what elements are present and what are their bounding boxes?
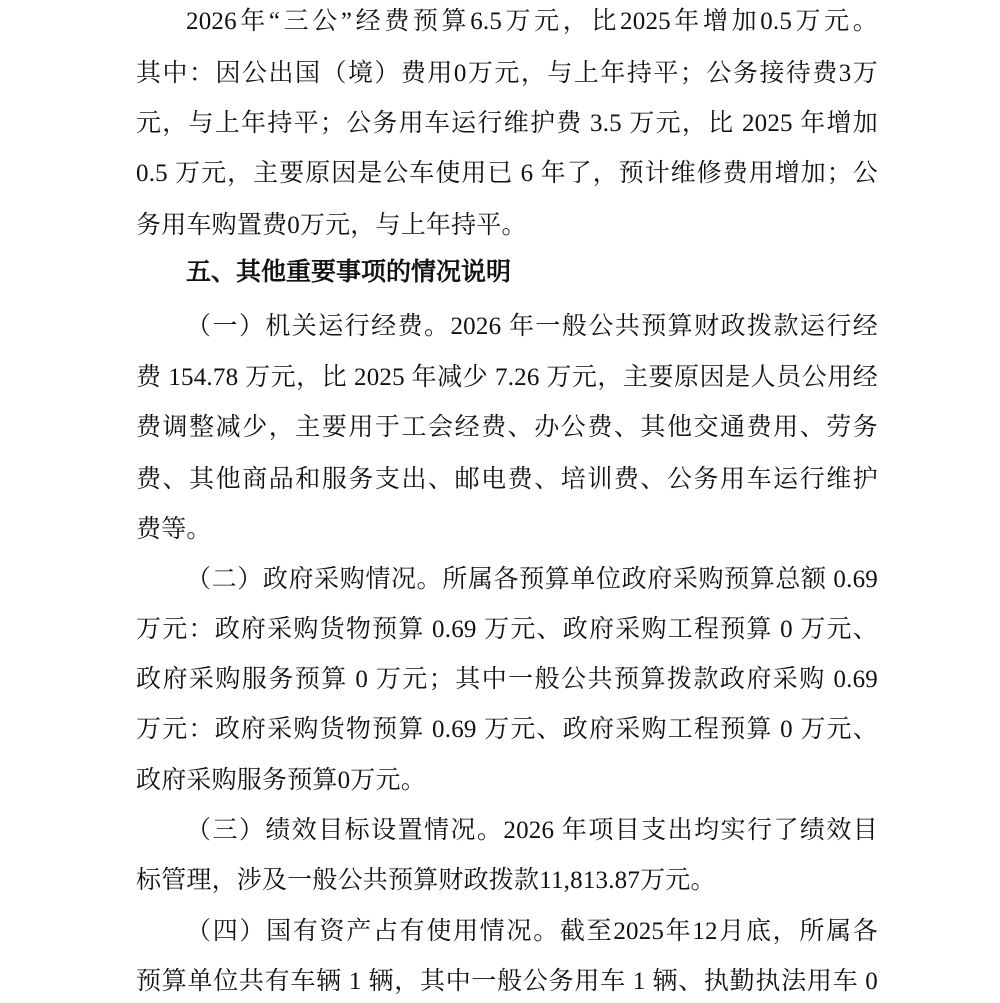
paragraph-line: （三）绩效目标设置情况。2026 年项目支出均实行了绩效目 xyxy=(186,816,878,846)
paragraph-line: 预算单位共有车辆 1 辆，其中一般公务用车 1 辆、执勤执法用车 0 xyxy=(136,967,878,997)
paragraph-line: 费、其他商品和服务支出、邮电费、培训费、公务用车运行维护 xyxy=(136,465,878,495)
paragraph-line: 费 154.78 万元，比 2025 年减少 7.26 万元，主要原因是人员公用… xyxy=(136,363,878,393)
paragraph-line: 标管理，涉及一般公共预算财政拨款11,813.87万元。 xyxy=(136,866,878,896)
paragraph-line: 万元：政府采购货物预算 0.69 万元、政府采购工程预算 0 万元、 xyxy=(136,615,878,645)
paragraph-line: 费等。 xyxy=(136,515,878,545)
paragraph-line: 万元：政府采购货物预算 0.69 万元、政府采购工程预算 0 万元、 xyxy=(136,715,878,745)
paragraph-line: 费调整减少，主要用于工会经费、办公费、其他交通费用、劳务 xyxy=(136,413,878,443)
paragraph-line: 政府采购服务预算0万元。 xyxy=(136,766,878,796)
paragraph-line: （一）机关运行经费。2026 年一般公共预算财政拨款运行经 xyxy=(186,312,878,342)
paragraph-line: 政府采购服务预算 0 万元；其中一般公共预算拨款政府采购 0.69 xyxy=(136,665,878,695)
paragraph-line: 其中：因公出国（境）费用0万元，与上年持平；公务接待费3万 xyxy=(136,59,878,89)
paragraph-line: 2026年“三公”经费预算6.5万元，比2025年增加0.5万元。 xyxy=(186,7,878,37)
section-heading: 五、其他重要事项的情况说明 xyxy=(186,257,511,287)
paragraph-line: （二）政府采购情况。所属各预算单位政府采购预算总额 0.69 xyxy=(186,565,878,595)
paragraph-line: 元，与上年持平；公务用车运行维护费 3.5 万元，比 2025 年增加 xyxy=(136,109,878,139)
paragraph-line: 务用车购置费0万元，与上年持平。 xyxy=(136,211,878,241)
paragraph-line: （四）国有资产占有使用情况。截至2025年12月底，所属各 xyxy=(186,917,878,947)
paragraph-line: 0.5 万元，主要原因是公车使用已 6 年了，预计维修费用增加；公 xyxy=(136,159,878,189)
